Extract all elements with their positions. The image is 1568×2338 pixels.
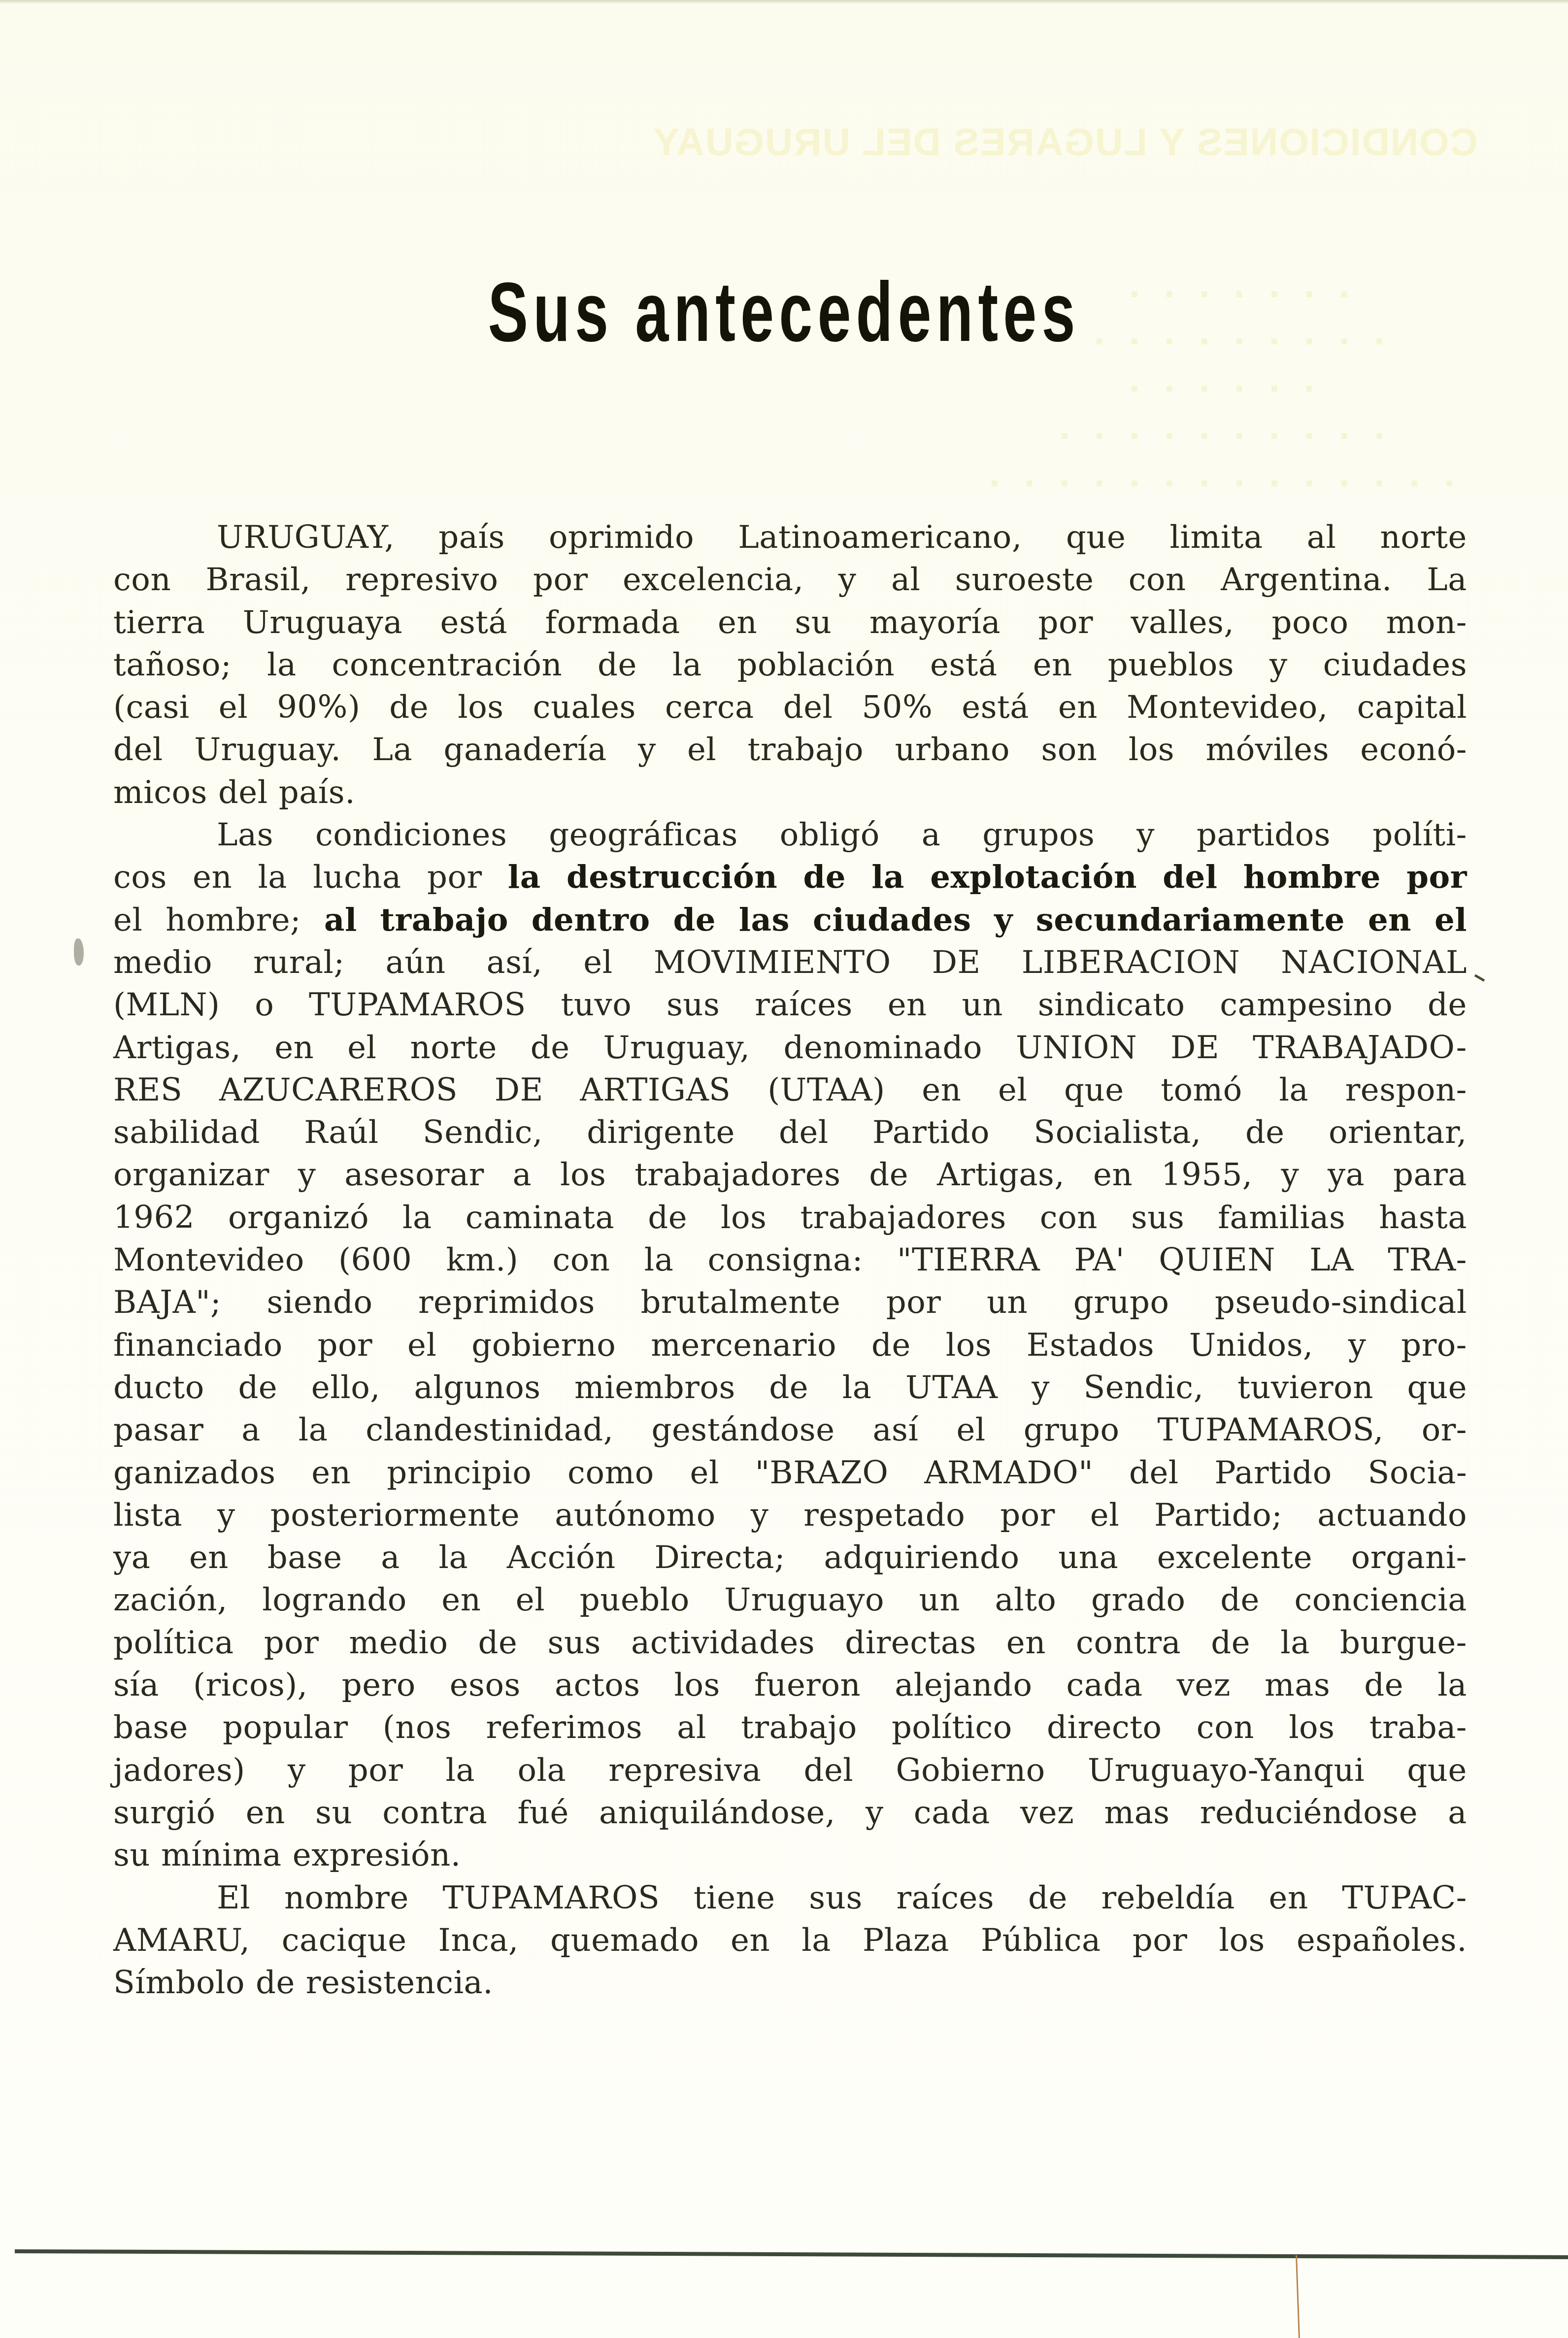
word: surgió [113, 1792, 216, 1834]
word: traba- [1369, 1706, 1467, 1749]
word: en [189, 1536, 229, 1579]
word: Argentina. [1221, 559, 1392, 601]
word: referimos [486, 1706, 642, 1749]
text-line: zación,lograndoenelpuebloUruguayounaltog… [113, 1579, 1467, 1621]
word: por [886, 1281, 941, 1324]
word: que [1064, 1069, 1124, 1111]
word: la [842, 1367, 872, 1409]
word: DE [495, 1069, 543, 1111]
word: mas [1104, 1792, 1169, 1834]
word: los [560, 1154, 606, 1196]
word: a [381, 1536, 400, 1579]
word: país. [279, 771, 355, 814]
word: contra [382, 1792, 487, 1834]
word: su [795, 601, 832, 644]
document-body: URUGUAY,paísoprimidoLatinoamericano,quel… [113, 516, 1467, 2004]
word: y [751, 1494, 769, 1536]
word: consigna: [708, 1239, 863, 1281]
word: capital [1357, 686, 1467, 729]
bold-word: la [871, 856, 904, 899]
word: Directa; [654, 1536, 785, 1579]
word: autónomo [555, 1494, 716, 1536]
word: base [113, 1706, 188, 1749]
word: Uruguay. [194, 729, 341, 771]
word: que [1066, 516, 1126, 559]
word: y [298, 1154, 316, 1196]
word: políti- [1372, 814, 1467, 856]
bold-word: de [803, 856, 845, 899]
word: país [438, 516, 504, 559]
word: Acción [507, 1536, 616, 1579]
word: rural; [253, 941, 345, 984]
word: su [113, 1834, 150, 1876]
word: sus [1131, 1197, 1184, 1239]
word: trabajadores [800, 1197, 1006, 1239]
word: en [274, 1027, 314, 1069]
word: asesorar [344, 1154, 484, 1196]
word: el [583, 941, 612, 984]
text-line: tañoso;laconcentracióndelapoblaciónestáe… [113, 644, 1467, 686]
word: contra [1076, 1622, 1181, 1664]
word: del [779, 1111, 829, 1154]
page-top-edge [0, 0, 1568, 4]
word: quemado [550, 1919, 699, 1962]
word: medio [349, 1622, 448, 1664]
word: DE [1170, 1027, 1219, 1069]
word: está [440, 601, 508, 644]
word: Plaza [863, 1919, 949, 1962]
word: organizó [228, 1197, 369, 1239]
word: valles, [1131, 601, 1234, 644]
word: tuvieron [1237, 1367, 1373, 1409]
word: PA' [1074, 1239, 1125, 1281]
word: La [372, 729, 413, 771]
word: vez [1020, 1792, 1074, 1834]
word: en [246, 1792, 285, 1834]
word: logrando [262, 1579, 406, 1621]
word: hombre; [166, 899, 301, 941]
word: NACIONAL [1281, 941, 1467, 984]
word: del [113, 729, 163, 771]
word: ganadería [444, 729, 607, 771]
word: está [930, 644, 998, 686]
word: mercenario [651, 1324, 836, 1367]
bold-word: secundariamente [1036, 899, 1345, 941]
word: (600 [338, 1239, 412, 1281]
word: trabajo [748, 729, 864, 771]
word: partidos [1197, 814, 1331, 856]
text-line: yaenbasealaAcciónDirecta;adquiriendounae… [113, 1536, 1467, 1579]
text-line: listayposteriormenteautónomoyrespetadopo… [113, 1494, 1467, 1536]
text-line: jadores)yporlaolarepresivadelGobiernoUru… [113, 1749, 1467, 1792]
word: como [567, 1452, 654, 1494]
word: organi- [1351, 1536, 1467, 1579]
word: por [318, 1324, 373, 1367]
word: en [311, 1452, 351, 1494]
word: tierra [113, 601, 205, 644]
word: su [315, 1792, 352, 1834]
word: represivo [345, 559, 498, 601]
word: de [598, 644, 637, 686]
word: tomó [1161, 1069, 1242, 1111]
word: denominado [783, 1027, 982, 1069]
word: URUGUAY, [217, 516, 395, 559]
word: Estados [1027, 1324, 1154, 1367]
word: pseudo-sindical [1215, 1281, 1467, 1324]
word: de [256, 1962, 295, 2004]
word: oprimido [549, 516, 694, 559]
word: vez [1177, 1664, 1231, 1706]
word: "TIERRA [897, 1239, 1040, 1281]
word: el [956, 1409, 985, 1451]
word: la [672, 644, 702, 686]
bold-word: del [1163, 856, 1217, 899]
word: españoles. [1297, 1919, 1467, 1962]
word: sus [667, 984, 720, 1026]
word: hasta [1379, 1197, 1467, 1239]
word: trabajo [741, 1706, 857, 1749]
word: y [1032, 1367, 1050, 1409]
paragraph: Lascondicionesgeográficasobligóagruposyp… [113, 814, 1467, 1876]
word: cada [1067, 1664, 1143, 1706]
bold-word: por [1406, 856, 1467, 899]
word: ciudades [1323, 644, 1467, 686]
word: lista [113, 1494, 182, 1536]
text-line: Artigas,enelnortedeUruguay,denominadoUNI… [113, 1027, 1467, 1069]
word: ganizados [113, 1452, 276, 1494]
word: 1962 [113, 1197, 195, 1239]
word: con [1129, 559, 1186, 601]
word: un [987, 1281, 1028, 1324]
bold-word: de [673, 899, 715, 941]
word: formada [545, 601, 680, 644]
word: por [427, 856, 482, 899]
bold-word: destrucción [567, 856, 777, 899]
word: tañoso; [113, 644, 232, 686]
text-line: micosdelpaís. [113, 771, 1467, 814]
word: en [718, 601, 757, 644]
text-line: políticapormediodesusactividadesdirectas… [113, 1622, 1467, 1664]
word: en [1093, 1154, 1133, 1196]
word: trabajadores [634, 1154, 840, 1196]
word: móviles [1206, 729, 1330, 771]
word: así [872, 1409, 918, 1451]
text-line: sabilidadRaúlSendic,dirigentedelPartidoS… [113, 1111, 1467, 1154]
word: Gobierno [896, 1749, 1045, 1792]
word: pasar [113, 1409, 203, 1451]
text-line: conBrasil,represivoporexcelencia,yalsuro… [113, 559, 1467, 601]
word: obligó [780, 814, 880, 856]
word: Unidos, [1189, 1324, 1313, 1367]
word: los [946, 1324, 992, 1367]
word: está [962, 686, 1029, 729]
word: en [441, 1579, 481, 1621]
word: limita [1170, 516, 1263, 559]
word: UNION [1016, 1027, 1137, 1069]
word: y [866, 1792, 884, 1834]
word: de [871, 1324, 911, 1367]
word: Uruguaya [243, 601, 402, 644]
word: micos [113, 771, 207, 814]
word: cada [914, 1792, 990, 1834]
word: Partido [872, 1111, 990, 1154]
word: actos [555, 1664, 640, 1706]
word: la [1279, 1069, 1308, 1111]
word: aún [386, 941, 446, 984]
word: Uruguay, [603, 1027, 750, 1069]
word: jadores) [113, 1749, 245, 1792]
text-line: sía(ricos),peroesosactoslosfueronalejand… [113, 1664, 1467, 1706]
word: político [892, 1706, 1012, 1749]
word: rebeldía [1101, 1877, 1234, 1919]
word: de [648, 1197, 687, 1239]
word: el [347, 1027, 376, 1069]
word: 90%) [277, 686, 360, 729]
word: (MLN) [113, 984, 220, 1026]
word: raíces [755, 984, 853, 1026]
word: LIBERACION [1022, 941, 1240, 984]
word: BAJA"; [113, 1281, 221, 1324]
word: or- [1422, 1409, 1467, 1451]
paper-page: CONDICIONES Y LUGARES DEL URUGUAY . . . … [0, 0, 1568, 2338]
word: por [533, 559, 588, 601]
word: ya [1328, 1154, 1365, 1196]
bold-word: las [739, 899, 790, 941]
word: medio [113, 941, 212, 984]
word: miembros [574, 1367, 735, 1409]
word: pueblo [580, 1579, 690, 1621]
word: cos [113, 856, 167, 899]
word: y [217, 1494, 235, 1536]
word: el [998, 1069, 1027, 1111]
word: caminata [466, 1197, 614, 1239]
word: Latinoamericano, [738, 516, 1022, 559]
text-line: (casiel90%)deloscualescercadel50%estáenM… [113, 686, 1467, 729]
word: con [552, 1239, 610, 1281]
word: cerca [665, 686, 754, 729]
word: ARMADO" [924, 1452, 1093, 1494]
word: principio [387, 1452, 532, 1494]
paper-crease-mark [1296, 2255, 1300, 2338]
word: de [1220, 1579, 1260, 1621]
word: reprimidos [418, 1281, 595, 1324]
word: a [513, 1154, 532, 1196]
bold-word: trabajo [380, 899, 508, 941]
word: km.) [446, 1239, 518, 1281]
word: Socialista, [1034, 1111, 1201, 1154]
word: el [219, 686, 248, 729]
word: al [891, 559, 921, 601]
text-line: Símboloderesistencia. [113, 1962, 1467, 2004]
word: gestándose [652, 1409, 835, 1451]
text-line: Lascondicionesgeográficasobligóagruposyp… [113, 814, 1467, 856]
word: con [1040, 1197, 1098, 1239]
word: norte [1380, 516, 1467, 559]
word: política [113, 1622, 234, 1664]
word: el [1090, 1494, 1119, 1536]
word: gobierno [471, 1324, 616, 1367]
word: Sendic, [1083, 1367, 1203, 1409]
word: un [919, 1579, 960, 1621]
word: La [1427, 559, 1467, 601]
word: Pública [981, 1919, 1101, 1962]
word: fué [517, 1792, 568, 1834]
word: respetado [803, 1494, 965, 1536]
word: RES [113, 1069, 182, 1111]
word: sus [548, 1622, 601, 1664]
bold-word: dentro [532, 899, 650, 941]
word: UTAA [905, 1367, 998, 1409]
word: financiado [113, 1324, 283, 1367]
paragraph: ElnombreTUPAMAROStienesusraícesderebeldí… [113, 1877, 1467, 2004]
word: de [478, 1622, 518, 1664]
word: reduciéndose [1200, 1792, 1418, 1834]
word: de [389, 686, 429, 729]
word: pro- [1401, 1324, 1467, 1367]
bold-word: y [994, 899, 1013, 941]
text-line: (MLN)oTUPAMAROStuvosusraícesenunsindicat… [113, 984, 1467, 1026]
text-line: financiadoporelgobiernomercenariodelosEs… [113, 1324, 1467, 1367]
word: alto [995, 1579, 1057, 1621]
word: al [1307, 516, 1336, 559]
word: sindicato [1038, 984, 1185, 1026]
bold-word: el [1435, 899, 1467, 941]
bold-word: al [324, 899, 357, 941]
word: lucha [313, 856, 401, 899]
word: Uruguayo-Yanqui [1088, 1749, 1365, 1792]
word: de [1245, 1111, 1285, 1154]
word: la [258, 856, 287, 899]
word: que [1407, 1749, 1467, 1792]
word: a [922, 814, 941, 856]
word: Símbolo [113, 1962, 245, 2004]
word: raíces [896, 1877, 994, 1919]
text-line: ganizadosenprincipiocomoel"BRAZOARMADO"d… [113, 1452, 1467, 1494]
word: Inca, [438, 1919, 519, 1962]
word: la [446, 1749, 475, 1792]
word: TUPAMAROS, [1157, 1409, 1383, 1451]
word: concentración [332, 644, 563, 686]
word: del [783, 686, 833, 729]
word: ya [113, 1536, 150, 1579]
word: actividades [631, 1622, 815, 1664]
word: de [1211, 1622, 1250, 1664]
word: tuvo [561, 984, 632, 1026]
word: brutalmente [640, 1281, 840, 1324]
word: 1955, [1161, 1154, 1253, 1196]
word: grupos [982, 814, 1095, 856]
word: por [1038, 601, 1094, 644]
word: excelente [1157, 1536, 1312, 1579]
word: conciencia [1295, 1579, 1467, 1621]
word: de [1364, 1664, 1403, 1706]
text-line: AMARU,caciqueInca,quemadoenlaPlazaPúblic… [113, 1919, 1467, 1962]
word: así, [487, 941, 543, 984]
word: directo [1047, 1706, 1162, 1749]
word: campesino [1220, 984, 1393, 1026]
word: AZUCAREROS [219, 1069, 458, 1111]
word: con [1197, 1706, 1254, 1749]
word: orientar, [1329, 1111, 1467, 1154]
word: popular [223, 1706, 348, 1749]
word: QUIEN [1159, 1239, 1275, 1281]
word: la [438, 1536, 468, 1579]
word: con [113, 559, 171, 601]
word: sía [113, 1664, 159, 1706]
word: mínima [161, 1834, 282, 1876]
word: la [402, 1197, 432, 1239]
text-line: mediorural;aúnasí,elMOVIMIENTODELIBERACI… [113, 941, 1467, 984]
word: (casi [113, 686, 190, 729]
word: familias [1218, 1197, 1345, 1239]
word: cacique [282, 1919, 407, 1962]
word: la [1437, 1664, 1467, 1706]
text-line: surgióensucontrafuéaniquilándose,ycadave… [113, 1792, 1467, 1834]
word: mayoría [869, 601, 1001, 644]
word: en [1006, 1622, 1046, 1664]
word: los [721, 1197, 767, 1239]
word: norte [410, 1027, 497, 1069]
word: la [299, 1409, 328, 1451]
text-line: sumínimaexpresión. [113, 1834, 1467, 1876]
word: o [255, 984, 274, 1026]
word: El [217, 1877, 250, 1919]
word: zación, [113, 1579, 228, 1621]
word: respon- [1345, 1069, 1467, 1111]
word: Artigas, [113, 1027, 241, 1069]
word: de [1428, 984, 1467, 1026]
paragraph: URUGUAY,paísoprimidoLatinoamericano,quel… [113, 516, 1467, 814]
word: el [516, 1579, 545, 1621]
word: Montevideo, [1127, 686, 1328, 729]
bold-word: la [508, 856, 541, 899]
word: expresión. [293, 1834, 461, 1876]
text-line: organizaryasesoraralostrabajadoresdeArti… [113, 1154, 1467, 1196]
word: (ricos), [193, 1664, 308, 1706]
word: econó- [1360, 729, 1467, 771]
text-line: RESAZUCAREROSDEARTIGAS(UTAA)enelquetomól… [113, 1069, 1467, 1111]
word: a [241, 1409, 261, 1451]
word: los [674, 1664, 720, 1706]
word: en [731, 1919, 770, 1962]
word: sabilidad [113, 1111, 260, 1154]
word: urbano [895, 729, 1010, 771]
word: Partido; [1154, 1494, 1282, 1536]
word: y [1281, 1154, 1300, 1196]
word: condiciones [315, 814, 507, 856]
word: los [458, 686, 503, 729]
word: Brasil, [205, 559, 310, 601]
word: TUPAMAROS [309, 984, 526, 1026]
word: de [869, 1154, 908, 1196]
text-line: ElnombreTUPAMAROStienesusraícesderebeldí… [113, 1877, 1467, 1919]
word: en [922, 1069, 961, 1111]
word: alejando [895, 1664, 1032, 1706]
word: mas [1265, 1664, 1330, 1706]
text-line: BAJA";siendoreprimidosbrutalmenteporungr… [113, 1281, 1467, 1324]
word: a [1448, 1792, 1467, 1834]
word: en [888, 984, 927, 1026]
text-line: basepopular(nosreferimosaltrabajopolític… [113, 1706, 1467, 1749]
word: adquiriendo [824, 1536, 1020, 1579]
word: algunos [414, 1367, 541, 1409]
word: grado [1091, 1579, 1186, 1621]
word: por [1133, 1919, 1188, 1962]
text-line: URUGUAY,paísoprimidoLatinoamericano,quel… [113, 516, 1467, 559]
word: del [218, 771, 268, 814]
word: del [1129, 1452, 1179, 1494]
word: de [531, 1027, 570, 1069]
